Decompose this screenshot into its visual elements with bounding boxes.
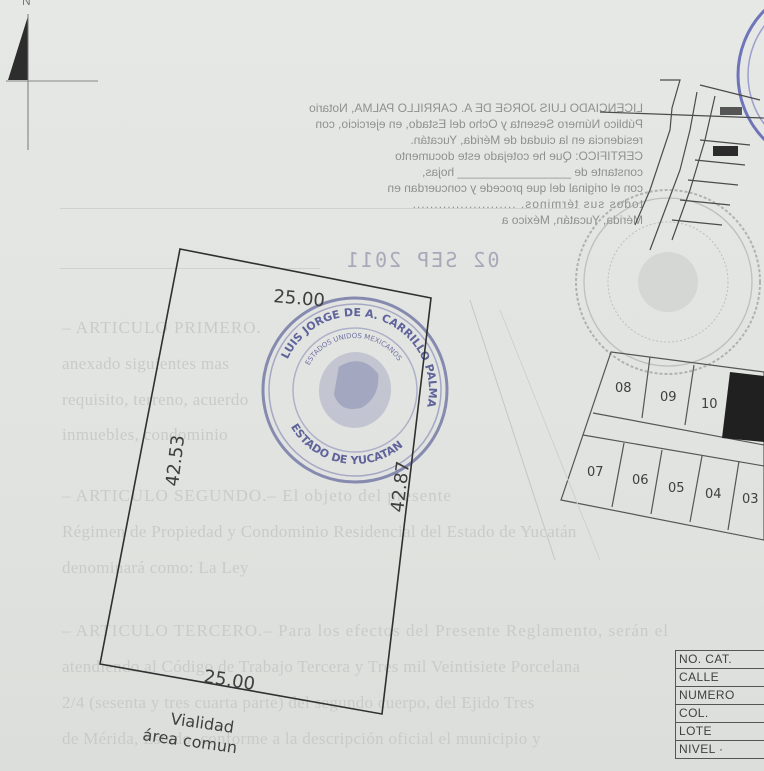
lot-05: 05 xyxy=(668,481,685,496)
north-arrow-icon xyxy=(6,14,98,150)
dimension-bottom: 25.00 xyxy=(202,666,256,695)
lots-map xyxy=(561,352,764,540)
lot-07: 07 xyxy=(587,465,604,480)
catastro-row-calle: CALLE xyxy=(676,669,764,687)
notary-seal-blue-edge-icon xyxy=(738,0,764,167)
catastro-row-col: COL. xyxy=(676,705,764,723)
svg-text:ESTADO DE YUCATAN: ESTADO DE YUCATAN xyxy=(283,419,407,476)
dimension-top: 25.00 xyxy=(273,286,326,311)
lot-09: 09 xyxy=(660,390,677,405)
lot-03: 03 xyxy=(742,492,759,507)
location-sketch-map xyxy=(600,80,764,250)
lot-04: 04 xyxy=(705,487,722,502)
dimension-left: 42.53 xyxy=(162,434,189,488)
plan-drawing: LUIS JORGE DE A. CARRILLO PALMA ESTADO D… xyxy=(0,0,764,771)
catastro-row-lote: LOTE xyxy=(676,723,764,741)
notary-seal-faded-icon xyxy=(576,190,760,374)
lot-10: 10 xyxy=(701,397,718,412)
catastro-row-no-cat: NO. CAT. xyxy=(676,651,764,669)
faint-mark xyxy=(470,300,555,560)
lot-08: 08 xyxy=(615,381,632,396)
catastro-row-numero: NUMERO xyxy=(676,687,764,705)
catastro-row-nivel: NIVEL · xyxy=(676,741,764,759)
scanned-document-page: – ARTICULO PRIMERO. anexado siguientes m… xyxy=(0,0,764,771)
lot-06: 06 xyxy=(632,473,649,488)
catastro-table: NO. CAT. CALLE NUMERO COL. LOTE NIVEL · xyxy=(675,650,764,759)
